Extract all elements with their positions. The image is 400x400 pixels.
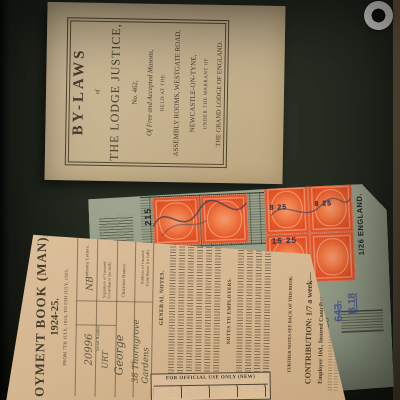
microtext-column: [245, 241, 254, 391]
signature-label: Signature of Insured Contributor (in ful…: [101, 258, 112, 302]
microtext-column: [263, 242, 272, 392]
book-title: OYMENT BOOK (MAN): [31, 231, 50, 400]
book-title-block: OYMENT BOOK (MAN) 1924-25. FROM 7TH JULY…: [31, 231, 80, 400]
pen-cancellation-mark: [146, 188, 254, 248]
gutter-shadow: [0, 0, 10, 400]
industry-letters-label: Industry Letters.: [84, 245, 90, 278]
address-label: Address of Insured Contributor (in full)…: [139, 246, 150, 288]
book-years: 1924-25.: [48, 231, 62, 400]
office-rubber-stamp: B.18: [347, 293, 359, 315]
booklet-warrant-line: UNDER THE WARRANT OF: [203, 58, 209, 130]
official-use-box: FOR OFFICIAL USE ONLY (NEW): [151, 372, 271, 400]
bylaws-booklet-cover: BY-LAWS of THE LODGE JUSTICE, No. 462, O…: [44, 2, 285, 184]
book-issue-line: FROM 7TH JULY, 1924, TO 6TH JULY, 1925.: [61, 231, 69, 400]
stamp-date-overprint: 15 25: [272, 236, 297, 246]
booklet-held-at: HELD AT THE: [161, 75, 167, 112]
serial-number-value: 20996: [84, 333, 96, 365]
booklet-masons-line: Of Free and Accepted Masons,: [145, 49, 155, 136]
christian-names-label: Christian Names.: [121, 263, 127, 298]
booklet-title: BY-LAWS: [70, 47, 89, 135]
card-origin-line: 1/26 ENGLAND.: [355, 193, 366, 256]
notes-to-employers-heading: NOTES TO EMPLOYERS.: [227, 277, 233, 344]
christian-names-value: George: [112, 335, 126, 376]
official-use-label: FOR OFFICIAL USE ONLY (NEW): [152, 375, 270, 382]
booklet-border-frame: BY-LAWS of THE LODGE JUSTICE, No. 462, O…: [65, 17, 230, 168]
binder-grommet-icon: [364, 1, 393, 30]
stamp-date-overprint: 8 25: [314, 200, 332, 208]
booklet-of: of: [95, 89, 101, 94]
further-notes-line: FURTHER NOTES SEE BACK OF THIS BOOK.: [286, 276, 293, 373]
office-number-stamp: 643.: [332, 300, 345, 322]
album-page-photo: BY-LAWS of THE LODGE JUSTICE, No. 462, O…: [0, 0, 400, 400]
industry-letters-value: NB: [85, 276, 95, 291]
booklet-grand-lodge: THE GRAND LODGE OF ENGLAND.: [215, 41, 224, 147]
general-notes-heading: GENERAL NOTES.: [159, 270, 166, 325]
booklet-lodge-name: THE LODGE JUSTICE,: [107, 23, 124, 161]
booklet-address-2: NEWCASTLE-ON-TYNE,: [188, 55, 197, 133]
album-page-edge: [393, 0, 400, 400]
booklet-address-1: ASSEMBLY ROOMS, WESTGATE ROAD,: [172, 30, 182, 157]
booklet-lodge-number: No. 462,: [130, 80, 138, 104]
booklet-cover-text: BY-LAWS of THE LODGE JUSTICE, No. 462, O…: [70, 22, 224, 163]
field-divider: [76, 300, 152, 302]
field-divider: [95, 235, 99, 397]
microtext-column: [236, 241, 245, 391]
contribution-line-1: CONTRIBUTION: 1/7 a week—: [303, 272, 314, 384]
stamp-date-overprint: 8 25: [269, 204, 287, 212]
serial-number-label: Serial Number.: [95, 324, 100, 351]
official-use-grid: [154, 384, 268, 399]
microtext-column: [254, 241, 263, 391]
surname-value: URT: [101, 351, 110, 369]
